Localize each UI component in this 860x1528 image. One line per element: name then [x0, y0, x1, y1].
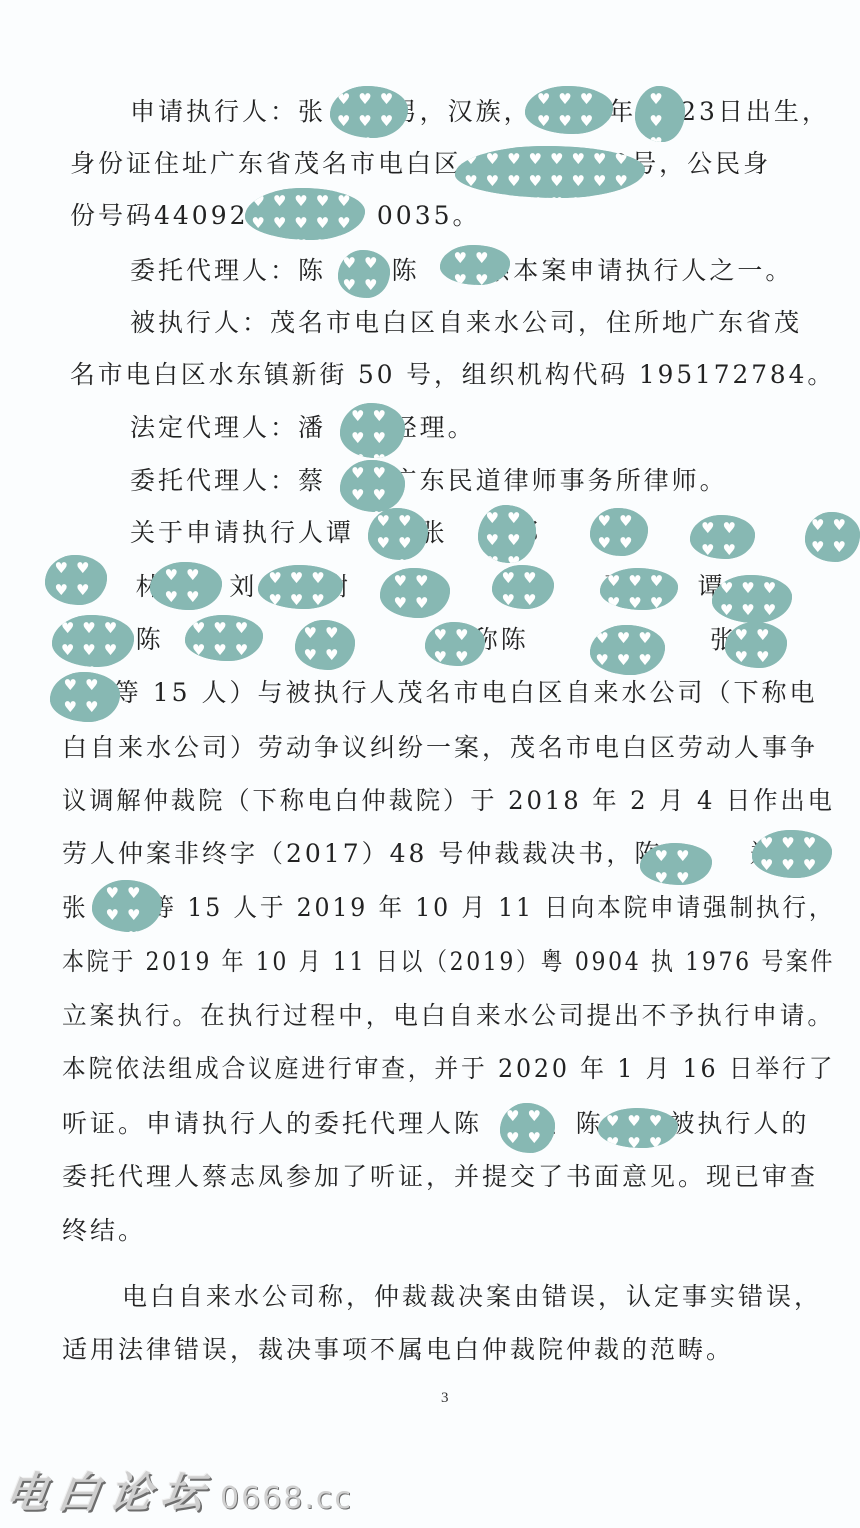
- redaction-blob: ♥♥♥♥♥♥♥♥: [150, 562, 222, 610]
- redaction-blob: ♥♥♥♥♥♥♥♥: [478, 505, 536, 563]
- heart-pattern-icon: ♥♥♥♥♥♥♥♥♥♥: [52, 615, 134, 667]
- text-line: 等 15 人）与被执行人茂名市电白区自来水公司（下称电: [70, 678, 818, 708]
- redaction-blob: ♥♥♥♥♥♥♥: [690, 515, 755, 559]
- text-line: 议调解仲裁院（下称电白仲裁院）于 2018 年 2 月 4 日作出电: [62, 786, 835, 816]
- redaction-blob: ♥♥♥♥♥♥♥: [45, 555, 107, 605]
- text-line: 适用法律错误，裁决事项不属电白仲裁院仲裁的范畴。: [62, 1335, 734, 1365]
- text-line: 被执行人：茂名市电白区自来水公司，住所地广东省茂: [130, 308, 802, 338]
- redaction-blob: ♥♥♥♥♥♥♥: [295, 620, 355, 670]
- text-line: 名市电白区水东镇新街 50 号，组织机构代码 195172784。: [70, 360, 835, 390]
- heart-pattern-icon: ♥♥♥♥♥♥♥♥♥: [92, 880, 162, 932]
- heart-pattern-icon: ♥♥♥♥♥♥♥: [690, 515, 755, 559]
- watermark-brand: 电白论坛: [2, 1460, 218, 1520]
- redaction-blob: ♥♥♥♥♥♥♥♥♥♥♥♥♥♥♥♥♥♥♥♥♥♥♥♥: [455, 146, 645, 198]
- heart-pattern-icon: ♥♥♥♥♥♥♥♥: [600, 568, 678, 610]
- watermark-domain: 0668.cc: [220, 1481, 353, 1516]
- redaction-blob: ♥♥♥♥♥♥♥♥: [380, 568, 450, 618]
- redaction-blob: ♥♥♥♥♥♥♥: [368, 508, 428, 560]
- text-line: 电白自来水公司称，仲裁裁决案由错误，认定事实错误，: [122, 1282, 822, 1312]
- heart-pattern-icon: ♥♥♥♥♥♥♥: [590, 508, 648, 556]
- heart-pattern-icon: ♥♥♥♥♥♥♥♥♥: [185, 615, 263, 661]
- heart-pattern-icon: ♥♥♥♥♥♥♥♥: [380, 568, 450, 618]
- text-line: 终结。: [62, 1216, 146, 1246]
- redaction-blob: ♥♥♥♥♥♥♥: [640, 843, 712, 885]
- heart-pattern-icon: ♥♥♥♥♥♥♥♥: [50, 672, 120, 722]
- redaction-blob: ♥♥♥♥♥♥♥: [440, 245, 510, 285]
- redaction-blob: ♥♥♥♥♥♥♥: [500, 1103, 555, 1153]
- text-line: 身份证住址广东省茂名市电白区 50号，公民身: [70, 149, 771, 179]
- heart-pattern-icon: ♥♥♥♥♥♥♥♥♥: [340, 403, 405, 458]
- document-page: 申请执行人：张 男，汉族， 年 23日出生，身份证住址广东省茂名市电白区 50号…: [0, 0, 860, 1528]
- redaction-blob: ♥♥♥♥♥♥♥: [590, 508, 648, 556]
- heart-pattern-icon: ♥♥♥♥♥♥♥♥♥: [590, 625, 665, 675]
- redaction-blob: ♥♥♥♥♥♥♥: [635, 86, 685, 142]
- heart-pattern-icon: ♥♥♥♥♥♥: [425, 622, 485, 666]
- redaction-blob: ♥♥♥♥♥♥: [425, 622, 485, 666]
- text-line: 立案执行。在执行过程中，电白自来水公司提出不予执行申请。: [62, 1001, 835, 1031]
- heart-pattern-icon: ♥♥♥♥♥♥♥: [440, 245, 510, 285]
- heart-pattern-icon: ♥♥♥♥♥♥♥♥♥♥♥♥♥♥♥: [245, 188, 365, 240]
- redaction-blob: ♥♥♥♥♥♥♥♥♥♥: [52, 615, 134, 667]
- redaction-blob: ♥♥♥♥♥♥♥♥♥♥♥♥♥♥♥: [245, 188, 365, 240]
- redaction-blob: ♥♥♥♥♥♥♥♥♥: [258, 565, 343, 609]
- heart-pattern-icon: ♥♥♥♥♥♥♥: [500, 1103, 555, 1153]
- redaction-blob: ♥♥♥♥♥♥♥♥♥♥: [330, 86, 408, 138]
- redaction-blob: ♥♥♥♥♥♥♥: [805, 512, 860, 562]
- heart-pattern-icon: ♥♥♥♥♥♥♥♥: [598, 1108, 678, 1148]
- heart-pattern-icon: ♥♥♥♥♥♥♥: [368, 508, 428, 560]
- heart-pattern-icon: ♥♥♥♥♥♥♥: [725, 622, 787, 668]
- site-watermark: 电白论坛 0668.cc: [6, 1460, 353, 1520]
- heart-pattern-icon: ♥♥♥♥♥♥♥: [640, 843, 712, 885]
- heart-pattern-icon: ♥♥♥♥♥♥♥: [295, 620, 355, 670]
- redaction-blob: ♥♥♥♥♥♥♥♥♥: [340, 403, 405, 458]
- heart-pattern-icon: ♥♥♥♥♥♥♥: [45, 555, 107, 605]
- heart-pattern-icon: ♥♥♥♥♥♥♥♥: [150, 562, 222, 610]
- redaction-blob: ♥♥♥♥♥♥♥♥♥♥: [525, 86, 613, 134]
- redaction-blob: ♥♥♥♥♥♥♥♥: [50, 672, 120, 722]
- text-line: 听证。申请执行人的委托代理人陈 、陈 被执行人的: [62, 1109, 809, 1139]
- heart-pattern-icon: ♥♥♥♥♥♥♥♥: [478, 505, 536, 563]
- text-line: 委托代理人蔡志凤参加了听证，并提交了书面意见。现已审查: [62, 1162, 818, 1192]
- heart-pattern-icon: ♥♥♥♥♥♥♥♥♥: [258, 565, 343, 609]
- redaction-blob: ♥♥♥♥♥♥♥♥♥: [92, 880, 162, 932]
- redaction-blob: ♥♥♥♥♥♥♥♥: [598, 1108, 678, 1148]
- redaction-blob: ♥♥♥♥♥♥♥♥♥: [712, 575, 792, 623]
- redaction-blob: ♥♥♥♥♥♥♥: [725, 622, 787, 668]
- heart-pattern-icon: ♥♥♥♥♥♥: [492, 565, 554, 609]
- redaction-blob: ♥♥♥♥♥♥: [338, 250, 390, 298]
- heart-pattern-icon: ♥♥♥♥♥♥: [338, 250, 390, 298]
- text-line: 委托代理人：蔡 广东民道律师事务所律师。: [130, 466, 728, 496]
- text-line: 白自来水公司）劳动争议纠纷一案，茂名市电白区劳动人事争: [62, 733, 818, 763]
- text-line: 本院依法组成合议庭进行审查，并于 2020 年 1 月 16 日举行了: [62, 1054, 835, 1084]
- redaction-blob: ♥♥♥♥♥♥♥♥: [600, 568, 678, 610]
- redaction-blob: ♥♥♥♥♥♥♥♥♥: [590, 625, 665, 675]
- heart-pattern-icon: ♥♥♥♥♥♥♥: [635, 86, 685, 142]
- redaction-blob: ♥♥♥♥♥♥♥♥♥: [185, 615, 263, 661]
- text-line: 张 等 15 人于 2019 年 10 月 11 日向本院申请强制执行，: [62, 893, 835, 923]
- heart-pattern-icon: ♥♥♥♥♥♥♥♥♥♥: [330, 86, 408, 138]
- heart-pattern-icon: ♥♥♥♥♥♥♥♥♥: [712, 575, 792, 623]
- text-line: 本院于 2019 年 10 月 11 日以（2019）粤 0904 执 1976…: [62, 947, 835, 977]
- heart-pattern-icon: ♥♥♥♥♥♥♥♥♥♥♥♥♥♥♥♥♥♥♥♥♥♥♥♥: [455, 146, 645, 198]
- heart-pattern-icon: ♥♥♥♥♥♥♥♥♥: [752, 830, 832, 878]
- heart-pattern-icon: ♥♥♥♥♥♥♥♥: [340, 460, 405, 512]
- redaction-blob: ♥♥♥♥♥♥♥♥♥: [752, 830, 832, 878]
- redaction-blob: ♥♥♥♥♥♥: [492, 565, 554, 609]
- page-number: 3: [441, 1390, 449, 1407]
- heart-pattern-icon: ♥♥♥♥♥♥♥♥♥♥: [525, 86, 613, 134]
- text-line: 申请执行人：张 男，汉族， 年 23日出生，: [130, 97, 830, 127]
- heart-pattern-icon: ♥♥♥♥♥♥♥: [805, 512, 860, 562]
- redaction-blob: ♥♥♥♥♥♥♥♥: [340, 460, 405, 512]
- text-line: 法定代理人：潘 经理。: [130, 413, 476, 443]
